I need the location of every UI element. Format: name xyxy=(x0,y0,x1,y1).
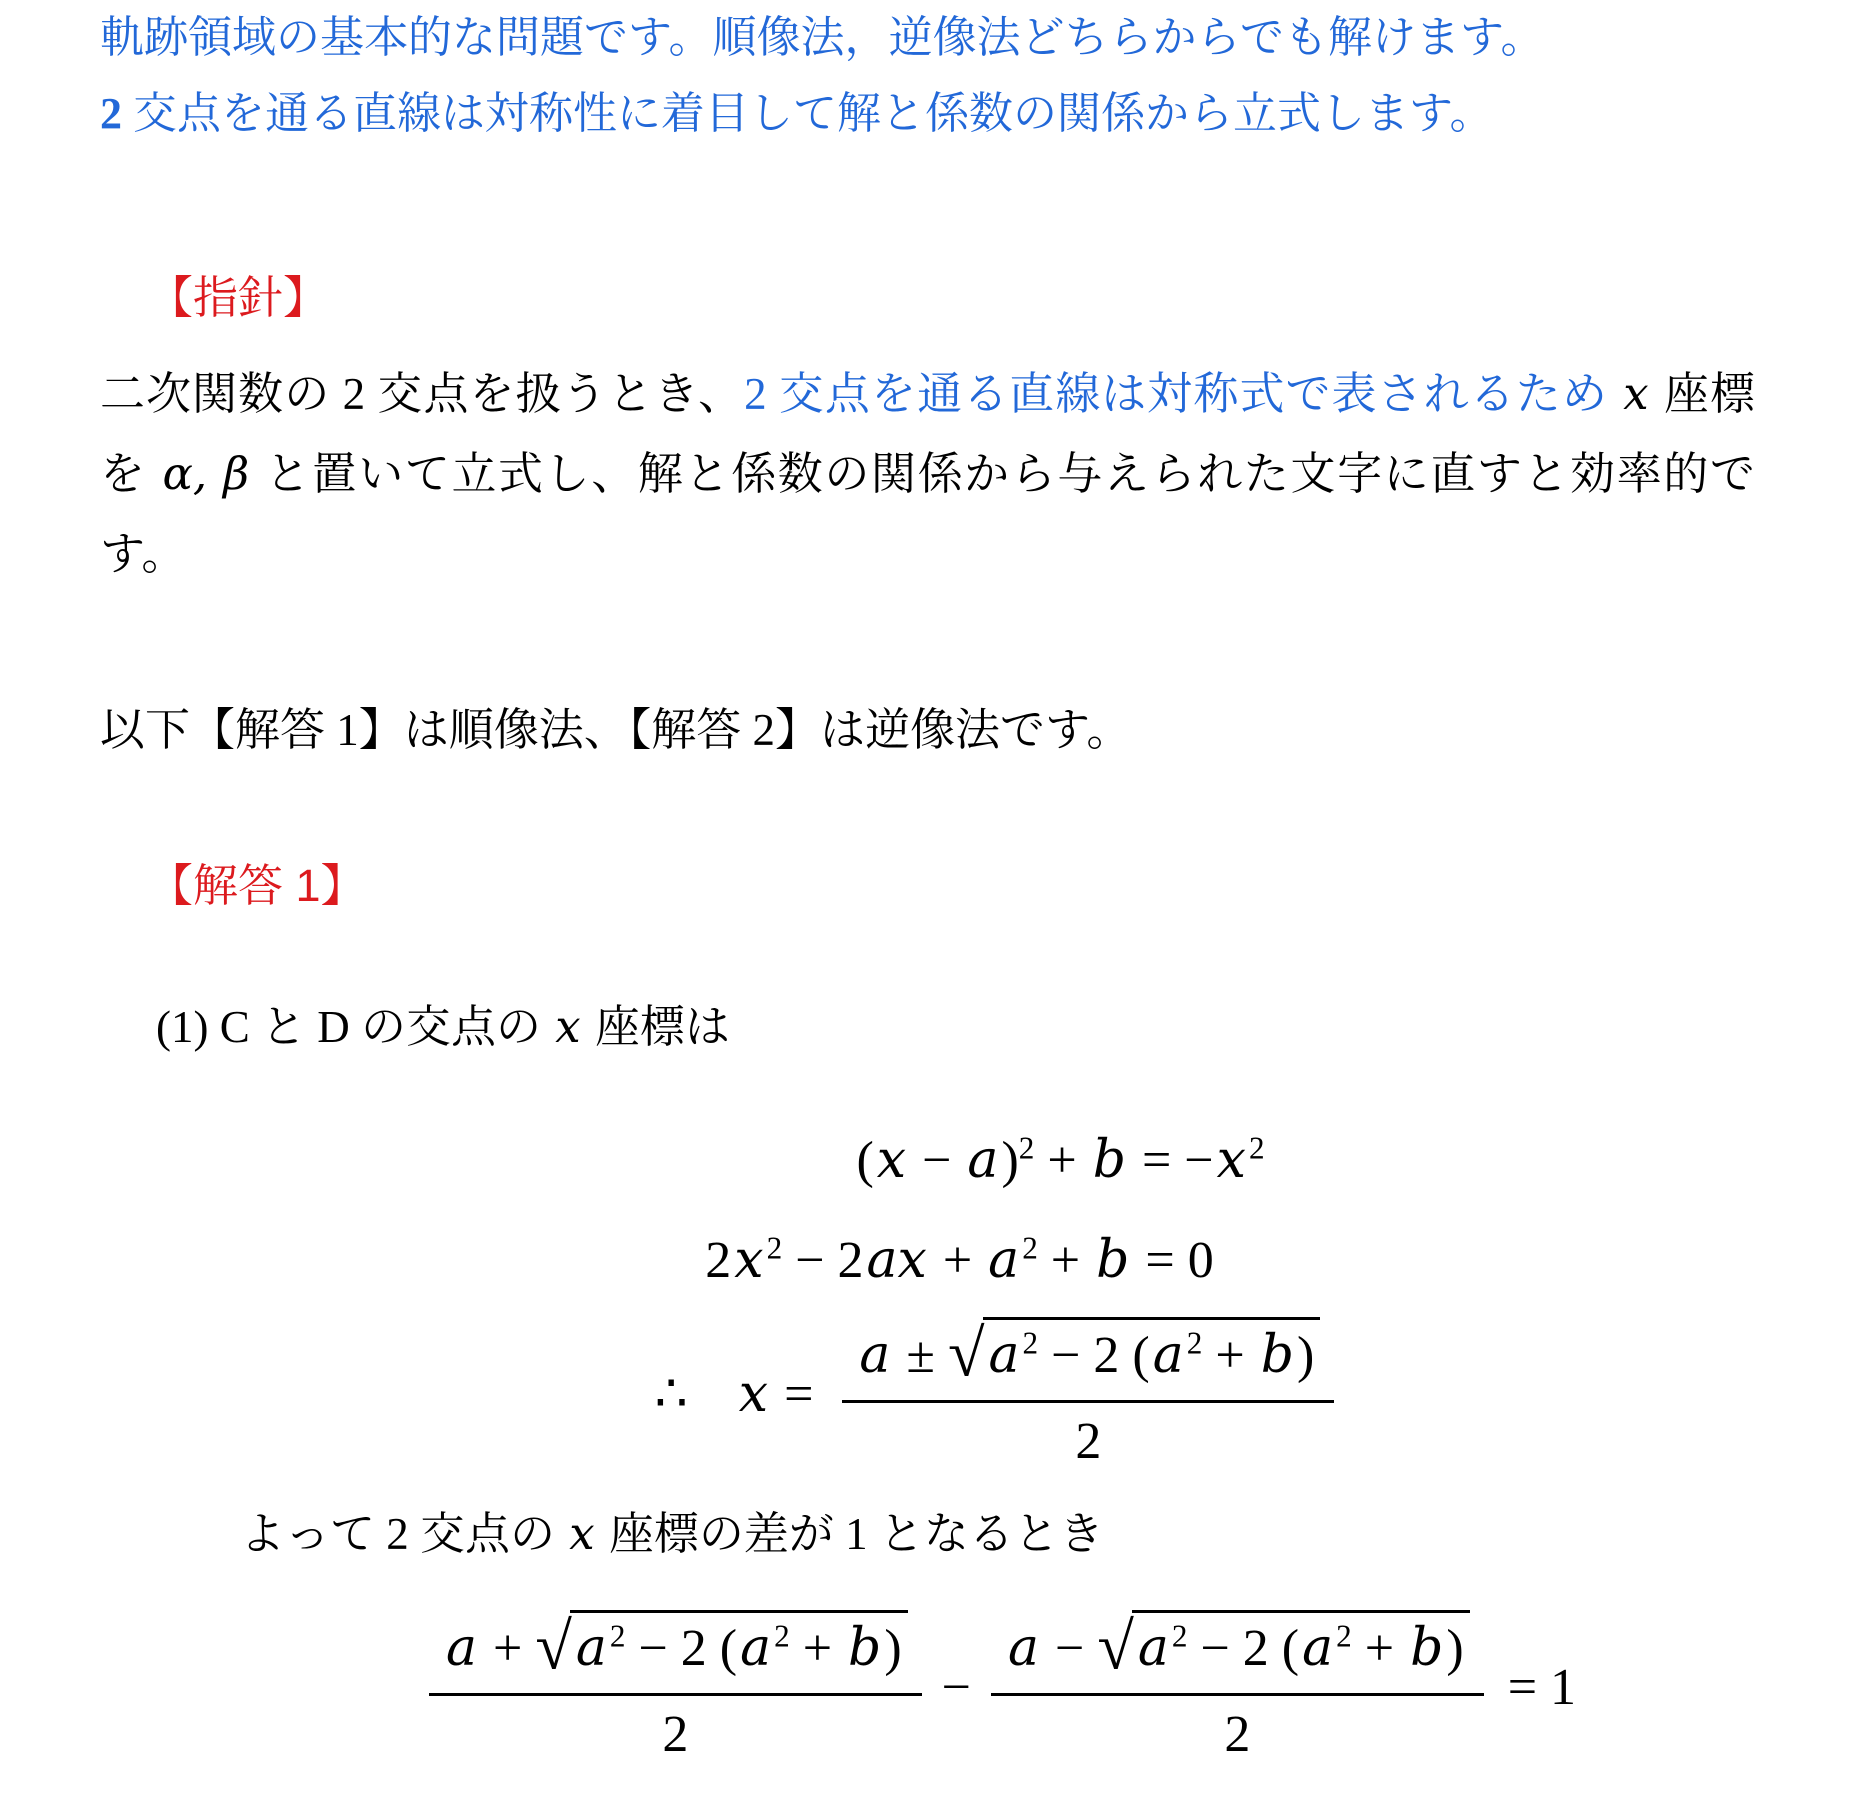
fraction: a ± √a2 − 2 (a2 + b) 2 xyxy=(842,1315,1334,1474)
radicand-right: a2 − 2 (a2 + b) xyxy=(1132,1610,1470,1681)
square-root-right: √a2 − 2 (a2 + b) xyxy=(1097,1620,1469,1677)
minus-sign: − xyxy=(942,1655,971,1720)
radicand: a2 − 2 (a2 + b) xyxy=(983,1317,1321,1388)
method-note-line: 以下【解答 1】は順像法、【解答 2】は逆像法です。 xyxy=(100,690,1755,770)
fraction-denominator: 2 xyxy=(1075,1403,1101,1474)
fraction-left: a + √a2 − 2 (a2 + b) 2 xyxy=(429,1608,922,1767)
equation-quadratic: 2x2 − 2ax + a2 + b = 0 xyxy=(132,1220,1787,1300)
fraction-right-denominator: 2 xyxy=(1224,1696,1250,1767)
step1-line: (1) C と D の交点の x 座標は xyxy=(100,987,1755,1067)
radicand-left: a2 − 2 (a2 + b) xyxy=(570,1610,908,1681)
guideline-paragraph: 二次関数の 2 交点を扱うとき、2 交点を通る直線は対称式で表されるため x 座… xyxy=(100,354,1755,594)
fraction-left-numerator: a + √a2 − 2 (a2 + b) xyxy=(429,1608,922,1696)
intro-line-1: 軌跡領域の基本的な問題です。順像法，逆像法どちらからでも解けます。 xyxy=(100,0,1755,76)
square-root: √a2 − 2 (a2 + b) xyxy=(948,1327,1320,1384)
answer1-heading: 【解答 1】 xyxy=(100,860,1755,912)
right-numerator-prefix: a − xyxy=(1005,1620,1097,1677)
page: { "colors": { "blue": "#2268d8", "red": … xyxy=(0,0,1853,1802)
difference-condition-line: よって 2 交点の x 座標の差が 1 となるとき xyxy=(100,1494,1755,1574)
intro-line-2: 2 交点を通る直線は対称性に着目して解と係数の関係から立式します。 xyxy=(100,76,1755,152)
equation-difference: a + √a2 − 2 (a2 + b) 2 − a − √a2 − 2 (a2… xyxy=(175,1607,1830,1767)
numerator-prefix: a ± xyxy=(856,1327,948,1384)
intro-commentary: 軌跡領域の基本的な問題です。順像法，逆像法どちらからでも解けます。 2 交点を通… xyxy=(100,0,1755,152)
equation-2-expression: 2x2 − 2ax + a2 + b = 0 xyxy=(705,1228,1213,1293)
equation-1-expression: (x − a)2 + b = −x2 xyxy=(856,1128,1264,1193)
fraction-right: a − √a2 − 2 (a2 + b) 2 xyxy=(991,1608,1484,1767)
equation-3-lhs: x = xyxy=(736,1362,827,1427)
therefore-symbol: ∴ xyxy=(655,1362,688,1427)
math-solution-document: 軌跡領域の基本的な問題です。順像法，逆像法どちらからでも解けます。 2 交点を通… xyxy=(0,0,1853,1802)
fraction-numerator: a ± √a2 − 2 (a2 + b) xyxy=(842,1315,1334,1403)
equation-solution-x: ∴ x = a ± √a2 − 2 (a2 + b) 2 xyxy=(167,1317,1822,1472)
guideline-heading: 【指針】 xyxy=(100,272,1755,324)
left-numerator-prefix: a + xyxy=(443,1620,535,1677)
fraction-right-numerator: a − √a2 − 2 (a2 + b) xyxy=(991,1608,1484,1696)
fraction-left-denominator: 2 xyxy=(662,1696,688,1767)
equation-intersection: (x − a)2 + b = −x2 xyxy=(233,1120,1853,1200)
square-root-left: √a2 − 2 (a2 + b) xyxy=(535,1620,907,1677)
equals-one: = 1 xyxy=(1508,1655,1576,1720)
